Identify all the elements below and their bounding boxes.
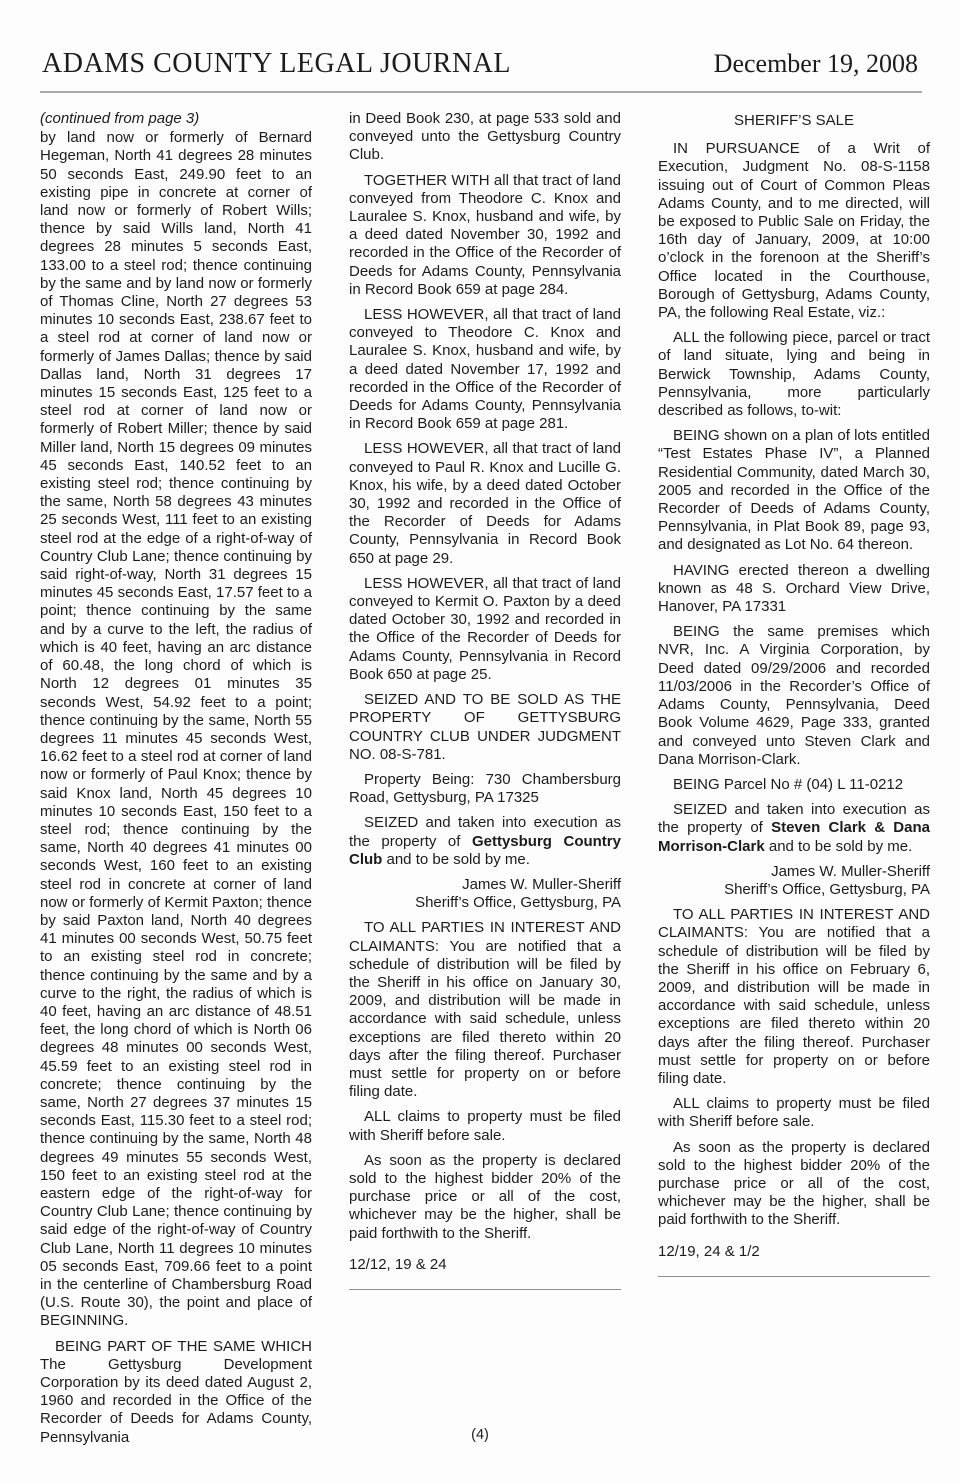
seized-post-text: and to be sold by me.: [765, 838, 913, 855]
column-3: SHERIFF’S SALE IN PURSUANCE of a Writ of…: [658, 110, 930, 1454]
seized-execution-paragraph: SEIZED and taken into execution as the p…: [658, 801, 930, 856]
metes-and-bounds-paragraph: by land now or formerly of Bernard Hegem…: [40, 129, 312, 1330]
sheriff-name: James W. Muller-Sheriff: [349, 876, 621, 894]
claims-paragraph: ALL claims to property must be filed wit…: [349, 1108, 621, 1144]
column-2: in Deed Book 230, at page 533 sold and c…: [349, 110, 621, 1454]
highest-bidder-paragraph: As soon as the property is declared sold…: [349, 1152, 621, 1243]
publication-dates: 12/19, 24 & 1/2: [658, 1243, 930, 1261]
seized-post-text: and to be sold by me.: [382, 851, 530, 868]
sheriffs-sale-heading: SHERIFF’S SALE: [658, 112, 930, 130]
notice-divider: [658, 1276, 930, 1277]
parties-in-interest-paragraph: TO ALL PARTIES IN INTEREST AND CLAIMANTS…: [658, 906, 930, 1088]
page-number: (4): [0, 1427, 960, 1443]
less-however-paragraph-1: LESS HOWEVER, all that tract of land con…: [349, 306, 621, 433]
sheriff-office: Sheriff’s Office, Gettysburg, PA: [658, 881, 930, 899]
continued-from-note: (continued from page 3): [40, 110, 312, 128]
less-however-paragraph-2: LESS HOWEVER, all that tract of land con…: [349, 440, 621, 567]
in-pursuance-paragraph: IN PURSUANCE of a Writ of Execution, Jud…: [658, 140, 930, 322]
notice-columns: (continued from page 3) by land now or f…: [40, 110, 922, 1454]
highest-bidder-paragraph: As soon as the property is declared sold…: [658, 1139, 930, 1230]
issue-date: December 19, 2008: [714, 49, 918, 79]
deed-book-paragraph: in Deed Book 230, at page 533 sold and c…: [349, 110, 621, 165]
seized-to-be-sold-paragraph: SEIZED AND TO BE SOLD AS THE PROPERTY OF…: [349, 691, 621, 764]
sheriff-signature-block: James W. Muller-Sheriff Sheriff’s Office…: [349, 876, 621, 912]
parties-in-interest-paragraph: TO ALL PARTIES IN INTEREST AND CLAIMANTS…: [349, 919, 621, 1101]
sheriff-office: Sheriff’s Office, Gettysburg, PA: [349, 894, 621, 912]
less-however-paragraph-3: LESS HOWEVER, all that tract of land con…: [349, 575, 621, 684]
notice-divider: [349, 1289, 621, 1290]
journal-title: ADAMS COUNTY LEGAL JOURNAL: [42, 48, 511, 80]
being-plan-paragraph: BEING shown on a plan of lots entitled “…: [658, 427, 930, 554]
legal-journal-page: ADAMS COUNTY LEGAL JOURNAL December 19, …: [0, 0, 960, 1483]
masthead: ADAMS COUNTY LEGAL JOURNAL December 19, …: [40, 48, 922, 80]
being-premises-paragraph: BEING the same premises which NVR, Inc. …: [658, 623, 930, 769]
property-being-paragraph: Property Being: 730 Chambersburg Road, G…: [349, 771, 621, 807]
having-erected-paragraph: HAVING erected thereon a dwelling known …: [658, 562, 930, 617]
together-with-paragraph: TOGETHER WITH all that tract of land con…: [349, 172, 621, 299]
column-1: (continued from page 3) by land now or f…: [40, 110, 312, 1454]
sheriff-signature-block: James W. Muller-Sheriff Sheriff’s Office…: [658, 863, 930, 899]
claims-paragraph: ALL claims to property must be filed wit…: [658, 1095, 930, 1131]
parcel-number-paragraph: BEING Parcel No # (04) L 11-0212: [658, 776, 930, 794]
all-piece-paragraph: ALL the following piece, parcel or tract…: [658, 329, 930, 420]
seized-execution-paragraph: SEIZED and taken into execution as the p…: [349, 814, 621, 869]
sheriff-name: James W. Muller-Sheriff: [658, 863, 930, 881]
masthead-rule: [40, 91, 922, 93]
publication-dates: 12/12, 19 & 24: [349, 1256, 621, 1274]
